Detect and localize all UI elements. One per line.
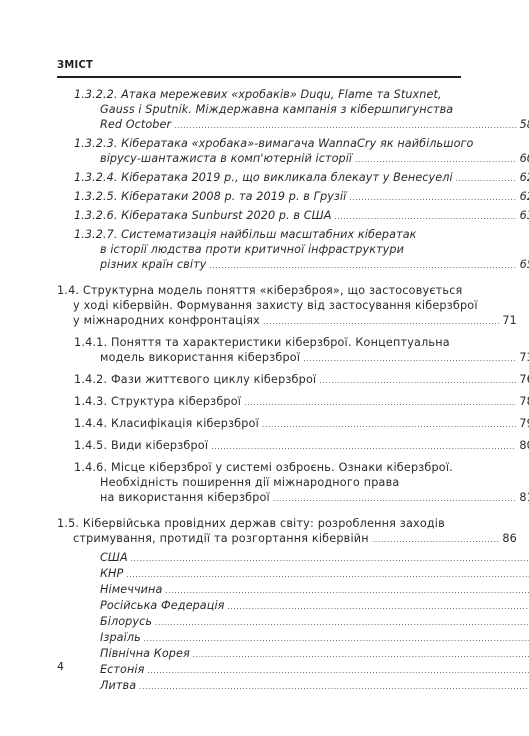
toc-entry-line: в історії людства проти критичної інфрас… [74,242,529,257]
toc-entry-last-line: 1.4.2. Фази життєвого циклу кіберзброї76 [74,372,529,388]
toc-entry-title: Ізраїль [100,630,141,645]
toc-entry-line: 1.5. Кібервійська провідних держав світу… [57,516,517,531]
toc-entry-line: 1.3.2.2. Атака мережевих «хробаків» Duqu… [74,87,529,102]
toc-entry[interactable]: Естонія94 [0,662,529,678]
toc-entry[interactable]: 1.4.6. Місце кіберзброї у системі озброє… [0,460,529,506]
toc-entry-title: 1.4.3. Структура кіберзброї [74,394,241,409]
toc-entry-title: Естонія [100,662,144,677]
toc-page-number: 71 [502,313,517,328]
toc-entry-title: Північна Корея [100,646,190,661]
toc-entry-last-line: Естонія94 [100,662,529,678]
toc-entry-title: Німеччина [100,582,162,597]
toc-entry-title: на використання кіберзброї [100,490,270,505]
toc-entry-line: 1.4.1. Поняття та характеристики кіберзб… [74,335,529,350]
toc-entry[interactable]: 1.4. Структурна модель поняття «кіберзбр… [0,283,517,329]
dot-leader [155,615,529,630]
toc-entry-last-line: 1.3.2.4. Кібератака 2019 р., що викликал… [74,170,529,186]
toc-entry[interactable]: Литва94 [0,678,529,694]
toc-page-number: 65 [520,257,529,272]
dot-leader [147,663,529,678]
toc-entry-last-line: 1.3.2.5. Кібератаки 2008 р. та 2019 р. в… [74,189,529,205]
toc-entry-last-line: Білорусь92 [100,614,529,630]
running-header: ЗМІСТ [57,58,461,71]
toc-entry-title: стримування, протидії та розгортання кіб… [73,531,369,546]
toc-entry-line: 1.3.2.3. Кібератака «хробака»-вимагача W… [74,136,529,151]
dot-leader [244,395,516,410]
dot-leader [174,118,516,133]
toc-entry[interactable]: 1.4.3. Структура кіберзброї78 [0,394,529,410]
dot-leader [303,351,516,366]
toc-entry-last-line: Російська Федерація91 [100,598,529,614]
toc-entry-last-line: Північна Корея93 [100,646,529,662]
toc-entry[interactable]: Ізраїль92 [0,630,529,646]
dot-leader [273,491,517,506]
toc-page-number: 78 [519,394,529,409]
toc-entry[interactable]: США87 [0,550,529,566]
toc-page-number: 63 [520,208,529,223]
toc-page-number: 73 [519,350,529,365]
toc-entry-line: у ході кібервійн. Формування захисту від… [57,298,517,313]
toc-entry-last-line: Литва94 [100,678,529,694]
toc-entry[interactable]: 1.3.2.7. Систематизація найбільш масштаб… [0,227,529,273]
toc-entry[interactable]: Російська Федерація91 [0,598,529,614]
toc-entry-last-line: Ізраїль92 [100,630,529,646]
dot-leader [334,209,516,224]
toc-entry-title: 1.4.4. Класифікація кіберзброї [74,416,259,431]
toc-entry-title: модель використання кіберзброї [100,350,300,365]
toc-entry-last-line: на використання кіберзброї81 [74,490,529,506]
toc-entry-last-line: США87 [100,550,529,566]
toc-entry-last-line: 1.4.5. Види кіберзброї80 [74,438,529,454]
toc-page-number: 79 [519,416,529,431]
dot-leader [319,373,516,388]
dot-leader [355,152,516,167]
toc-page-number: 80 [519,438,529,453]
toc-entry[interactable]: 1.3.2.2. Атака мережевих «хробаків» Duqu… [0,87,529,133]
header-title: ЗМІСТ [57,58,461,71]
toc-entry-line: 1.4.6. Місце кіберзброї у системі озброє… [74,460,529,475]
toc-entry[interactable]: 1.3.2.5. Кібератаки 2008 р. та 2019 р. в… [0,189,529,205]
toc-entry-title: Білорусь [100,614,152,629]
dot-leader [263,314,499,329]
dot-leader [211,439,516,454]
toc-entry[interactable]: 1.4.4. Класифікація кіберзброї79 [0,416,529,432]
toc-page-number: 60 [520,151,529,166]
toc-entry-line: 1.4. Структурна модель поняття «кіберзбр… [57,283,517,298]
toc-entry-last-line: вірусу-шантажиста в комп'ютерній історії… [74,151,529,167]
toc-entry-title: КНР [100,566,123,581]
dot-leader [456,171,517,186]
dot-leader [209,258,516,273]
dot-leader [131,551,529,566]
dot-leader [349,190,516,205]
dot-leader [139,679,529,694]
toc-entry-title: США [100,550,128,565]
toc-entry-last-line: різних країн світу65 [74,257,529,273]
toc-entry-last-line: КНР90 [100,566,529,582]
toc-entry-last-line: 1.4.4. Класифікація кіберзброї79 [74,416,529,432]
toc-entry-line: Необхідність поширення дії міжнародного … [74,475,529,490]
dot-leader [227,599,529,614]
toc-entry-last-line: стримування, протидії та розгортання кіб… [57,531,517,547]
dot-leader [262,417,516,432]
dot-leader [165,583,529,598]
dot-leader [372,532,500,547]
toc-entry-title: 1.4.2. Фази життєвого циклу кіберзброї [74,372,316,387]
toc-entry[interactable]: 1.4.1. Поняття та характеристики кіберзб… [0,335,529,366]
toc-entry[interactable]: 1.3.2.4. Кібератака 2019 р., що викликал… [0,170,529,186]
toc-entry-last-line: 1.3.2.6. Кібератака Sunburst 2020 р. в С… [74,208,529,224]
toc-page-number: 76 [519,372,529,387]
toc-entry-last-line: модель використання кіберзброї73 [74,350,529,366]
toc-entry-title: Російська Федерація [100,598,224,613]
toc-entry[interactable]: 1.3.2.3. Кібератака «хробака»-вимагача W… [0,136,529,167]
dot-leader [144,631,529,646]
toc-entry-title: 1.4.5. Види кіберзброї [74,438,208,453]
toc-page-number: 81 [519,490,529,505]
toc-entry[interactable]: 1.4.2. Фази життєвого циклу кіберзброї76 [0,372,529,388]
toc-entry[interactable]: Німеччина91 [0,582,529,598]
toc-entry-title: Red October [100,117,171,132]
toc-entry-title: Литва [100,678,136,693]
toc-entry-last-line: у міжнародних конфронтаціях71 [57,313,517,329]
toc-page-number: 58 [520,117,529,132]
toc-entry[interactable]: 1.4.5. Види кіберзброї80 [0,438,529,454]
toc-entry-title: у міжнародних конфронтаціях [73,313,260,328]
dot-leader [193,647,529,662]
toc-entry-last-line: Red October58 [74,117,529,133]
toc-entry-title: 1.3.2.4. Кібератака 2019 р., що викликал… [74,170,453,185]
toc-page-number: 86 [502,531,517,546]
dot-leader [126,567,529,582]
page-number: 4 [57,660,64,673]
header-rule [57,76,461,78]
toc-entry[interactable]: 1.5. Кібервійська провідних держав світу… [0,516,517,547]
table-of-contents: 1.3.2.2. Атака мережевих «хробаків» Duqu… [0,87,529,694]
toc-entry-title: різних країн світу [100,257,206,272]
toc-entry-last-line: Німеччина91 [100,582,529,598]
toc-entry-title: 1.3.2.6. Кібератака Sunburst 2020 р. в С… [74,208,331,223]
toc-entry-title: 1.3.2.5. Кібератаки 2008 р. та 2019 р. в… [74,189,346,204]
toc-entry[interactable]: 1.3.2.6. Кібератака Sunburst 2020 р. в С… [0,208,529,224]
toc-entry[interactable]: Північна Корея93 [0,646,529,662]
toc-entry-line: 1.3.2.7. Систематизація найбільш масштаб… [74,227,529,242]
toc-entry-line: Gauss і Sputnik. Міждержавна кампанія з … [74,102,529,117]
toc-entry[interactable]: КНР90 [0,566,529,582]
toc-page-number: 62 [520,170,529,185]
toc-entry-last-line: 1.4.3. Структура кіберзброї78 [74,394,529,410]
toc-entry[interactable]: Білорусь92 [0,614,529,630]
toc-entry-title: вірусу-шантажиста в комп'ютерній історії [100,151,352,166]
toc-page-number: 62 [520,189,529,204]
